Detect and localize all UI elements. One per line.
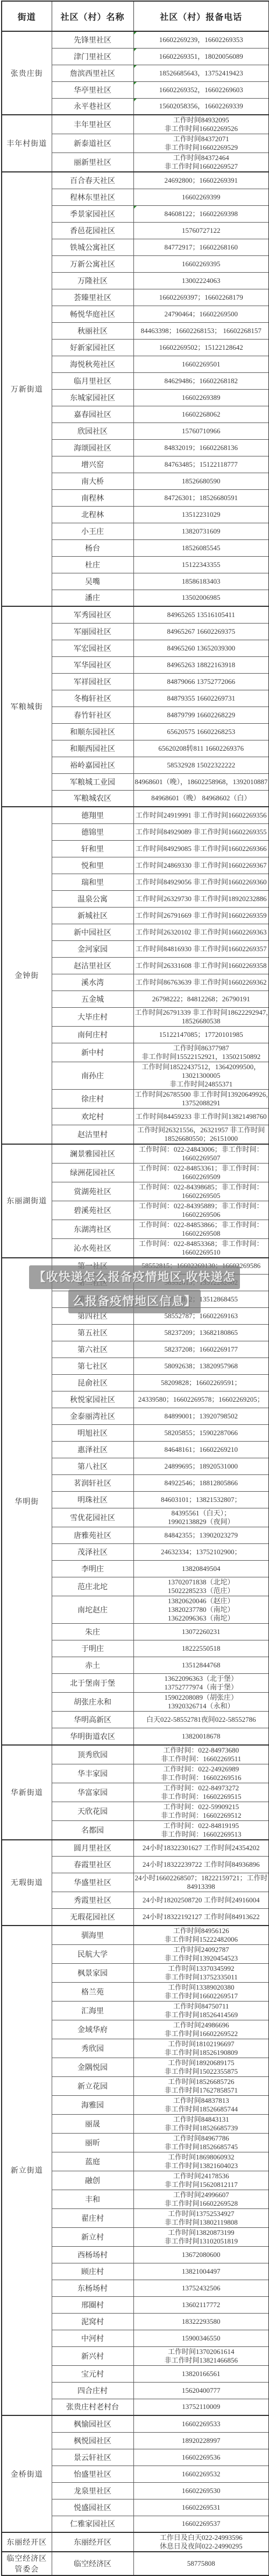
community-name-cell: 德锦里 bbox=[52, 823, 133, 840]
phone-line: 16602269530 bbox=[135, 2487, 268, 2495]
phone-line: 24小时18322192127 工作时间84913622 bbox=[135, 1913, 268, 1921]
street-cell: 张贵庄街 bbox=[2, 31, 52, 115]
phone-line: 16602269239，16602269353 bbox=[135, 36, 268, 44]
phone-line: 非工作时间16602269522 bbox=[135, 2030, 268, 2038]
phone-cell: 15122343355 bbox=[133, 556, 269, 573]
community-name-cell: 欢坨村 bbox=[52, 1108, 133, 1125]
page: 街道 社区（村）名称 社区（村）报备电话 张贵庄街先锋里社区1660226923… bbox=[0, 1, 269, 2576]
phone-line: 13602117772 bbox=[135, 2301, 268, 2309]
phone-cell: 24339580；16602269578；16602269205； bbox=[133, 1391, 269, 1408]
phone-line: 24339580；16602269578；16602269205； bbox=[135, 1395, 268, 1404]
community-name-cell: 杨台 bbox=[52, 539, 133, 556]
community-name-cell: 顾庄村 bbox=[52, 2263, 133, 2280]
phone-cell: 工作时间84932095非工作时间16602269526 bbox=[133, 115, 269, 134]
community-name-cell: 东杨场村 bbox=[52, 2280, 133, 2296]
community-name-cell: 惠泽社区 bbox=[52, 1442, 133, 1458]
phone-line: 84879066 13752772066 bbox=[135, 677, 268, 686]
community-name-cell: 詹滨西里社区 bbox=[52, 65, 133, 81]
header-report-phone: 社区（村）报备电话 bbox=[133, 1, 269, 31]
phone-cell: 16602269532 bbox=[133, 2466, 269, 2482]
phone-line: 13820237780（南坨） bbox=[135, 1605, 268, 1614]
phone-line: 16602269532 bbox=[135, 2470, 268, 2478]
phone-line: 工作时间86763639 非工作时间16602269362 bbox=[135, 978, 268, 987]
phone-cell: 16602269501 bbox=[133, 356, 269, 372]
phone-cell: 16602269536 bbox=[133, 2449, 269, 2466]
phone-line: 非工作时间13752335011 bbox=[135, 1973, 268, 1982]
phone-line: 休息日及夜间022-24990295 bbox=[135, 2542, 268, 2551]
phone-line: 工作时间13752534927 bbox=[135, 2210, 268, 2218]
phone-cell: 18526085545 bbox=[133, 539, 269, 556]
community-name-cell: 军宏园社区 bbox=[52, 640, 133, 656]
phone-line: 16602269395 bbox=[135, 260, 268, 268]
phone-cell: 84965263 18822163918 bbox=[133, 656, 269, 673]
phone-line: 非工作时间15620812117 bbox=[135, 2180, 268, 2189]
phone-line: 18526680550；26151000 bbox=[135, 1134, 268, 1143]
community-name-cell: 程林东里社区 bbox=[52, 189, 133, 205]
community-name-cell: 范庄北坨 bbox=[52, 1577, 133, 1596]
community-name-cell: 昆俞社区 bbox=[52, 1375, 133, 1391]
phone-line: 非工作时间13802119808 bbox=[135, 2218, 268, 2227]
phone-line: 非工作时间：16602269513 bbox=[135, 1830, 268, 1839]
community-name-cell: 龙泉里社区 bbox=[52, 2482, 133, 2499]
phone-line: 工作时间84956126 bbox=[135, 1927, 268, 1935]
table-row: 东丽经开区东丽经开区工作日及白天022-24993596休息日及夜间022-24… bbox=[2, 2532, 269, 2552]
phone-line: 58532928 15022322222 bbox=[135, 761, 268, 770]
phone-cell: 84395561（白天）；19902138829（夜间） bbox=[133, 1508, 269, 1527]
phone-line: 65620208转811 16602269376 bbox=[135, 744, 268, 753]
community-name-cell: 沁水苑社区 bbox=[52, 1238, 133, 1258]
phone-line: 非工作时间16602269517 bbox=[135, 1992, 268, 2000]
phone-line: 工作时间：022-84973680 bbox=[135, 1746, 268, 1755]
community-name-cell: 赏湖苑社区 bbox=[52, 1182, 133, 1201]
community-name-cell: 温泉公寓 bbox=[52, 890, 133, 907]
phone-line: 工作时间26331608 非工作时间16602269358 bbox=[135, 961, 268, 970]
community-name-cell: 新立村 bbox=[52, 2227, 133, 2246]
phone-line: 工作时间84816930 非工作时间16602269357 bbox=[135, 945, 268, 953]
phone-line: 16602268062 bbox=[135, 410, 268, 419]
phone-cell: 84726301；18526680591 bbox=[133, 489, 269, 506]
community-name-cell: 第六社区 bbox=[52, 1341, 133, 1358]
phone-cell: 16602269537 bbox=[133, 2516, 269, 2532]
phone-line: 18526680590 bbox=[135, 477, 268, 486]
phone-line: 工作时间84750711 bbox=[135, 2002, 268, 2011]
community-name-cell: 新立花园 bbox=[52, 2076, 133, 2095]
phone-cell: 13820731609 bbox=[133, 523, 269, 539]
street-cell: 华明街 bbox=[2, 1258, 52, 1745]
community-name-cell: 秋丽社区 bbox=[52, 322, 133, 339]
community-name-cell: 吴嘴 bbox=[52, 573, 133, 590]
phone-line: 13622096363（南坨） bbox=[135, 1614, 268, 1623]
phone-cell: 84965265 13516105411 bbox=[133, 606, 269, 623]
phone-line: 13820620046（赵庄） bbox=[135, 1597, 268, 1605]
phone-line: 非工作时间13102051819 bbox=[135, 2237, 268, 2246]
phone-line: 13512844768 bbox=[135, 1661, 268, 1670]
phone-cell: 84922546；18812805866 bbox=[133, 1475, 269, 1492]
phone-cell: 工作时间84816930 非工作时间16602269357 bbox=[133, 940, 269, 957]
phone-cell: 13602117772 bbox=[133, 2296, 269, 2313]
table-row: 金桥街道枫愉园社区16602269533 bbox=[2, 2415, 269, 2432]
community-name-cell: 茂泽社区 bbox=[52, 1544, 133, 1561]
phone-cell: 84968601（晚），18602258968，13920108872 bbox=[133, 773, 269, 790]
phone-line: 非工作时间18526685744 bbox=[135, 2105, 268, 2114]
phone-cell: 24小时18202508720 工作时间24916004 bbox=[133, 1892, 269, 1909]
community-name-cell: 津门里社区 bbox=[52, 48, 133, 65]
phone-cell: 16602269395 bbox=[133, 255, 269, 272]
phone-line: 非工作时间13920454523 bbox=[135, 1954, 268, 1963]
community-name-cell: 枫悦园社区 bbox=[52, 2432, 133, 2449]
community-name-cell: 军丽园社区 bbox=[52, 623, 133, 640]
phone-line: 58209828；16602269591； bbox=[135, 1379, 268, 1387]
community-name-cell: 金河家园 bbox=[52, 940, 133, 957]
phone-line: 18586183403 bbox=[135, 577, 268, 586]
community-name-cell: 南大桥 bbox=[52, 473, 133, 489]
phone-line: 84608122；16602269398 bbox=[135, 210, 268, 218]
community-name-cell: 新中村 bbox=[52, 1043, 133, 1062]
phone-line: 16602269397；16602268179 bbox=[135, 293, 268, 302]
phone-line: 工作时间84459233 非工作时间13821498760 bbox=[135, 1112, 268, 1121]
community-name-cell: 嘉春园社区 bbox=[52, 406, 133, 423]
phone-cell: 65620575 16602268253 bbox=[133, 723, 269, 740]
community-name-cell: 大毕庄村 bbox=[52, 1007, 133, 1026]
phone-line: 16602269502；15122128642 bbox=[135, 343, 268, 352]
phone-line: 工作时间26791339 非工作时间18622292947， bbox=[135, 1008, 268, 1017]
community-name-cell: 冬梅轩社区 bbox=[52, 690, 133, 707]
phone-line: 15122147085；17720101985 bbox=[135, 1030, 268, 1039]
community-name-cell: 季景家园社区 bbox=[52, 205, 133, 222]
phone-cell: 24小时18322192127 工作时间84913622 bbox=[133, 1909, 269, 1926]
phone-cell: 工作时间：022-84853368；非工作时间：16602269510 bbox=[133, 1238, 269, 1258]
phone-line: 15902208089（胡张庄） bbox=[135, 1693, 268, 1702]
phone-line: 15900346550 bbox=[135, 2334, 268, 2343]
phone-cell: 15602058356，16602269339 bbox=[133, 98, 269, 115]
phone-cell: 84968601（晚） 84968602（白） bbox=[133, 790, 269, 807]
phone-line: 非工作时间24855371 bbox=[135, 1080, 268, 1089]
phone-cell: 26798222；84812268；26790191 bbox=[133, 991, 269, 1007]
phone-cell: 工作时间：022-84819195非工作时间：16602269513 bbox=[133, 1820, 269, 1840]
phone-cell: 13002224063 bbox=[133, 272, 269, 289]
phone-cell: 工作时间26791339 非工作时间18622292947，1852668053… bbox=[133, 1007, 269, 1026]
phone-cell: 工作时间13820873199非工作时间13102051819 bbox=[133, 2227, 269, 2246]
community-name-cell: 悦盛园社区 bbox=[52, 2499, 133, 2516]
phone-cell: 13820018678 bbox=[133, 1728, 269, 1745]
community-name-cell: 南程林 bbox=[52, 489, 133, 506]
phone-cell: 16602269239，16602269353 bbox=[133, 31, 269, 48]
phone-cell: 24790464；16602269500 bbox=[133, 306, 269, 322]
excel-corner-mark-icon bbox=[134, 99, 137, 101]
phone-cell: 工作时间84843131非工作时间18526685739 bbox=[133, 2114, 269, 2133]
phone-line: 工作日及白天022-24993596 bbox=[135, 2533, 268, 2542]
community-name-cell: 畅悦华庭社区 bbox=[52, 306, 133, 322]
phone-line: 16602269537 bbox=[135, 2519, 268, 2528]
phone-cell: 24小时18322301627 工作时间24354202 bbox=[133, 1840, 269, 1857]
phone-cell: 工作时间84956126非工作时间15222482006 bbox=[133, 1926, 269, 1945]
phone-line: 24小时18322239722 工作时间84936896 bbox=[135, 1860, 268, 1869]
community-name-cell: 第七社区 bbox=[52, 1358, 133, 1375]
phone-cell: 16602269530 bbox=[133, 2482, 269, 2499]
phone-line: 非工作时间15222482006 bbox=[135, 1935, 268, 1944]
phone-line: 16602269505 bbox=[135, 1192, 268, 1200]
community-name-cell: 名都园 bbox=[52, 1820, 133, 1840]
phone-cell: 工作时间26785500 非工作时间13920649926，1375208829… bbox=[133, 1089, 269, 1108]
community-name-cell: 翟庄村 bbox=[52, 2208, 133, 2227]
phone-line: 16602269351，18020056089 bbox=[135, 52, 268, 61]
excel-corner-mark-icon bbox=[134, 65, 137, 68]
phone-cell: 13702071838（北坨）15022285233（范庄） bbox=[133, 1577, 269, 1596]
phone-line: 84965265 13516105411 bbox=[135, 611, 268, 619]
community-name-cell: 明珠社区 bbox=[52, 1492, 133, 1508]
phone-line: 84772917；16602268160 bbox=[135, 243, 268, 252]
phone-line: 工作时间84929056 非工作时间16602269360 bbox=[135, 878, 268, 887]
street-cell: 东丽湖街道 bbox=[2, 1144, 52, 1258]
community-name-cell: 香邑花园社区 bbox=[52, 222, 133, 239]
community-name-cell: 澜景雅园社区 bbox=[52, 1144, 133, 1164]
table-row: 万新街道百合春天社区24692800；16602269391 bbox=[2, 172, 269, 189]
phone-line: 工作时间：022-84819195 bbox=[135, 1822, 268, 1830]
table-row: 无瑕街道圆月里社区24小时18322301627 工作时间24354202 bbox=[2, 1840, 269, 1857]
phone-line: 18322293580 bbox=[135, 2317, 268, 2326]
phone-line: 13072260231 bbox=[135, 1628, 268, 1636]
phone-cell: 工作时间24178536非工作时间15620812117 bbox=[133, 2171, 269, 2190]
phone-cell: 13752432506 bbox=[133, 2280, 269, 2296]
community-name-cell: 军华园社区 bbox=[52, 656, 133, 673]
phone-cell: 16602269389 bbox=[133, 389, 269, 406]
phone-cell: 工作时间18698060932非工作时间13821604023 bbox=[133, 2152, 269, 2171]
community-name-cell: 丽晟 bbox=[52, 2114, 133, 2133]
phone-cell: 84965260 13652039300 bbox=[133, 640, 269, 656]
phone-line: 工作时间13370345992 bbox=[135, 1964, 268, 1973]
phone-line: 15620400777 bbox=[135, 2386, 268, 2395]
phone-line: 工作时间：022-84853368；非工作时间： bbox=[135, 1239, 268, 1248]
community-name-cell: 第八社区 bbox=[52, 1458, 133, 1475]
phone-line: 工作时间18522437512，13642099500， bbox=[135, 1063, 268, 1071]
phone-cell: 工作时间84372464非工作时间16602269527 bbox=[133, 153, 269, 172]
table-row: 华新街道顶秀欣园工作时间：022-84973680非工作时间：166022695… bbox=[2, 1745, 269, 1764]
phone-line: 84968601（晚） 84968602（白） bbox=[135, 794, 268, 802]
phone-cell: 工作时间24996607非工作时间16602269528 bbox=[133, 2190, 269, 2208]
phone-line: 非工作时间18526414569 bbox=[135, 2011, 268, 2019]
phone-line: 工作时间18102196697 bbox=[135, 2040, 268, 2048]
phone-line: 84965260 13652039300 bbox=[135, 644, 268, 653]
phone-line: 13752777974（南于堡） bbox=[135, 1683, 268, 1692]
community-name-cell: 蓝庭 bbox=[52, 2152, 133, 2171]
street-cell: 军粮城街 bbox=[2, 606, 52, 807]
excel-corner-mark-icon bbox=[134, 32, 137, 34]
phone-cell: 工作日及白天022-24993596休息日及夜间022-24990295 bbox=[133, 2532, 269, 2552]
header-street: 街道 bbox=[2, 1, 52, 31]
community-name-cell: 德翔里 bbox=[52, 807, 133, 823]
community-name-cell: 万隆社区 bbox=[52, 272, 133, 289]
table-row: 金钟街德翔里工作时间24919991 非工作时间16602269356 bbox=[2, 807, 269, 823]
community-name-cell: 欣园社区 bbox=[52, 423, 133, 439]
street-cell: 万新街道 bbox=[2, 172, 52, 606]
phone-cell: 58237209；13682180865 bbox=[133, 1325, 269, 1341]
phone-cell: 工作时间18526685726非工作时间17627858571 bbox=[133, 2076, 269, 2095]
phone-cell: 白天022-58552781夜间022-58552786 bbox=[133, 1712, 269, 1728]
street-cell: 新立街道 bbox=[2, 1926, 52, 2416]
community-name-cell: 丰和 bbox=[52, 2190, 133, 2208]
phone-cell: 工作时间：022-24926989非工作时间：16602269516 bbox=[133, 1764, 269, 1783]
phone-line: 84879799 16602268229 bbox=[135, 711, 268, 719]
street-cell: 金钟街 bbox=[2, 807, 52, 1144]
phone-cell: 18526680590 bbox=[133, 473, 269, 489]
community-name-cell: 春霞里社区 bbox=[52, 1857, 133, 1873]
community-name-cell: 新兴村 bbox=[52, 2346, 133, 2365]
phone-cell: 工作时间：022-84853866；非工作时间：16602269508 bbox=[133, 1220, 269, 1238]
phone-line: 工作时间：022-84398685；非工作时间： bbox=[135, 1183, 268, 1192]
phone-cell: 84879799 16602268229 bbox=[133, 707, 269, 723]
phone-cell: 18586183403 bbox=[133, 573, 269, 590]
phone-cell: 工作时间：022-84973272非工作时间：16602269515 bbox=[133, 1783, 269, 1802]
community-name-cell: 南坨赵庄 bbox=[52, 1596, 133, 1624]
community-name-cell: 中河村 bbox=[52, 2330, 133, 2346]
phone-line: 工作时间24869330 非工作时间16602269367 bbox=[135, 861, 268, 870]
phone-cell: 15902208089（胡张庄）13920326714（永和） bbox=[133, 1693, 269, 1712]
community-name-cell: 枫景家园 bbox=[52, 1963, 133, 1982]
phone-line: 工作时间18920689175 bbox=[135, 2059, 268, 2067]
phone-cell: 24632334；13752102900； bbox=[133, 1544, 269, 1561]
phone-cell: 13820166561 bbox=[133, 2365, 269, 2382]
community-name-cell: 海雅园 bbox=[52, 2095, 133, 2114]
community-name-cell: 军祥园社区 bbox=[52, 673, 133, 690]
phone-line: 84629486；16602268182 bbox=[135, 377, 268, 385]
phone-line: 84968601（晚），18602258968，13920108872 bbox=[135, 778, 268, 786]
phone-line: 84763485；15122118777 bbox=[135, 460, 268, 469]
phone-line: 24692800；16602269391 bbox=[135, 176, 268, 185]
phone-line: 16602269508 bbox=[135, 1229, 268, 1238]
phone-line: 19902138829（夜间） bbox=[135, 1518, 268, 1526]
phone-line: 24790464；16602269500 bbox=[135, 310, 268, 318]
community-name-cell: 金泰丽湾社区 bbox=[52, 1408, 133, 1425]
phone-cell: 13820620046（赵庄）13820237780（南坨）1362209636… bbox=[133, 1596, 269, 1624]
phone-line: 84603101；13821532807； bbox=[135, 1495, 268, 1504]
table-row: 新立街道驯海里工作时间84956126非工作时间15222482006 bbox=[2, 1926, 269, 1945]
table-row: 丰年村街道丰年里社区工作时间84932095非工作时间16602269526 bbox=[2, 115, 269, 134]
phone-line: 工作时间84932095 bbox=[135, 116, 268, 124]
community-name-cell: 东丽经开区 bbox=[52, 2532, 133, 2552]
phone-line: 58205855；15902287066 bbox=[135, 1429, 268, 1437]
phone-line: 工作时间84967786 bbox=[135, 2134, 268, 2143]
phone-line: 工作时间：022-59909215 bbox=[135, 1803, 268, 1811]
community-name-cell: 张贵庄村老村台 bbox=[52, 2399, 133, 2415]
phone-line: 18222550518 bbox=[135, 1644, 268, 1653]
phone-line: 非工作时间13821604023 bbox=[135, 2162, 268, 2170]
phone-line: 13752110009 bbox=[135, 2402, 268, 2411]
phone-line: 非工作时间18526190809 bbox=[135, 2048, 268, 2057]
phone-line: 非工作时间15522152921，13502150892 bbox=[135, 1052, 268, 1061]
phone-line: 58092638；13820957968 bbox=[135, 1362, 268, 1370]
phone-line: 58237209；13682180865 bbox=[135, 1328, 268, 1337]
street-cell: 临空经济区管委会 bbox=[2, 2552, 52, 2575]
phone-line: 工作时间：022-24926989 bbox=[135, 1765, 268, 1774]
phone-line: 工作时间26785500 非工作时间13920649926， bbox=[135, 1090, 268, 1099]
phone-cell: 84608122；16602269398 bbox=[133, 205, 269, 222]
phone-cell: 84763485；15122118777 bbox=[133, 456, 269, 473]
phone-cell: 13502006985 bbox=[133, 590, 269, 606]
community-name-cell: 民航大学 bbox=[52, 1944, 133, 1963]
phone-line: 84726301；18526680591 bbox=[135, 494, 268, 502]
phone-line: 16602269501 bbox=[135, 360, 268, 369]
community-name-cell: 明旭社区 bbox=[52, 1425, 133, 1442]
street-cell: 丰年村街道 bbox=[2, 115, 52, 172]
phone-line: 工作时间：022-84395889；非工作时间： bbox=[135, 1202, 268, 1210]
community-name-cell: 和顺东园社区 bbox=[52, 723, 133, 740]
phone-cell: 工作时间84372071非工作时间16602269529 bbox=[133, 134, 269, 153]
phone-cell: 工作时间84929089 非工作时间16602269355 bbox=[133, 823, 269, 840]
phone-line: 16602269352，16602269603 bbox=[135, 86, 268, 94]
community-name-cell: 丽昕 bbox=[52, 2133, 133, 2152]
phone-cell: 工作时间26321556，26321957 非工作时间18526680550；2… bbox=[133, 1125, 269, 1144]
phone-cell: 13072260231 bbox=[133, 1624, 269, 1640]
phone-cell: 工作时间84459233 非工作时间13821498760 bbox=[133, 1108, 269, 1125]
phone-line: 非工作时间15022355875 bbox=[135, 2067, 268, 2076]
phone-cell: 24小时18322239722 工作时间84936896 bbox=[133, 1857, 269, 1873]
community-name-cell: 秀欣园 bbox=[52, 2039, 133, 2058]
phone-line: 16602269533 bbox=[135, 2420, 268, 2428]
phone-cell: 工作时间24919991 非工作时间16602269356 bbox=[133, 807, 269, 823]
community-name-cell: 唐雅苑社区 bbox=[52, 1527, 133, 1544]
community-name-cell: 金域华府 bbox=[52, 2020, 133, 2039]
community-name-cell: 海悦秋苑社区 bbox=[52, 356, 133, 372]
phone-cell: 84879355 16602269731 bbox=[133, 690, 269, 707]
phone-cell: 16602269351，18020056089 bbox=[133, 48, 269, 65]
community-name-cell: 景云轩社区 bbox=[52, 2449, 133, 2466]
phone-line: 非工作时间：16602269515 bbox=[135, 1792, 268, 1801]
community-name-cell: 春竹轩社区 bbox=[52, 707, 133, 723]
community-name-cell: 潘庄 bbox=[52, 590, 133, 606]
phone-cell: 84832019；16602268136 bbox=[133, 439, 269, 456]
excel-corner-mark-icon bbox=[134, 206, 137, 209]
phone-cell: 13821004497 bbox=[133, 2263, 269, 2280]
phone-cell: 24小时16602268507；18222159721；工作时间84913398 bbox=[133, 1873, 269, 1892]
community-name-cell: 荟臻里社区 bbox=[52, 289, 133, 306]
community-name-cell: 海颂园社区 bbox=[52, 439, 133, 456]
community-name-cell: 华亭里社区 bbox=[52, 81, 133, 98]
phone-line: 工作时间86377987 bbox=[135, 1044, 268, 1052]
phone-cell: 16602268062 bbox=[133, 406, 269, 423]
phone-line: 工作时间：022-24843006；非工作时间： bbox=[135, 1145, 268, 1154]
phone-line: 工作时间18526685726 bbox=[135, 2078, 268, 2086]
street-cell: 无瑕街道 bbox=[2, 1840, 52, 1926]
phone-line: 18526685643，13752419423 bbox=[135, 69, 268, 78]
community-name-cell: 南孙庄 bbox=[52, 1062, 133, 1089]
community-name-cell: 徐庄村 bbox=[52, 1089, 133, 1108]
community-name-cell: 枫愉园社区 bbox=[52, 2415, 133, 2432]
phone-line: 工作时间26320102 非工作时间16602269363 bbox=[135, 928, 268, 937]
phone-cell: 13512231029 bbox=[133, 506, 269, 523]
phone-line: 工作时间13702061614 bbox=[135, 2348, 268, 2356]
phone-line: 84965263 18822163918 bbox=[135, 661, 268, 669]
phone-cell: 58532928 15022322222 bbox=[133, 757, 269, 773]
phone-line: 84913398 bbox=[135, 1882, 268, 1891]
community-name-cell: 军粮城农区 bbox=[52, 790, 133, 807]
community-name-cell: 五金城 bbox=[52, 991, 133, 1007]
phone-cell: 工作时间：022-84853361；非工作时间：16602269509 bbox=[133, 1163, 269, 1182]
phone-line: 工作时间13820873199 bbox=[135, 2228, 268, 2237]
watermark-line-1: 【收快递怎么报备疫情地区,收快递怎 bbox=[29, 1265, 239, 1289]
community-name-cell: 军秀园社区 bbox=[52, 606, 133, 623]
phone-cell: 84899001；13920798502 bbox=[133, 1408, 269, 1425]
phone-line: 84832019；16602268136 bbox=[135, 444, 268, 452]
phone-line: 工作时间24178536 bbox=[135, 2172, 268, 2180]
street-cell: 华新街道 bbox=[2, 1745, 52, 1840]
community-name-cell: 小王庄 bbox=[52, 523, 133, 539]
community-name-cell: 于明庄 bbox=[52, 1640, 133, 1657]
phone-cell: 84965267 16602269375 bbox=[133, 623, 269, 640]
phone-line: 84899001；13920798502 bbox=[135, 1412, 268, 1421]
phone-line: 13512231029 bbox=[135, 510, 268, 519]
community-name-cell: 赵沽里社区 bbox=[52, 957, 133, 974]
phone-cell: 工作时间13702061614非工作时间13821466856 bbox=[133, 2346, 269, 2365]
